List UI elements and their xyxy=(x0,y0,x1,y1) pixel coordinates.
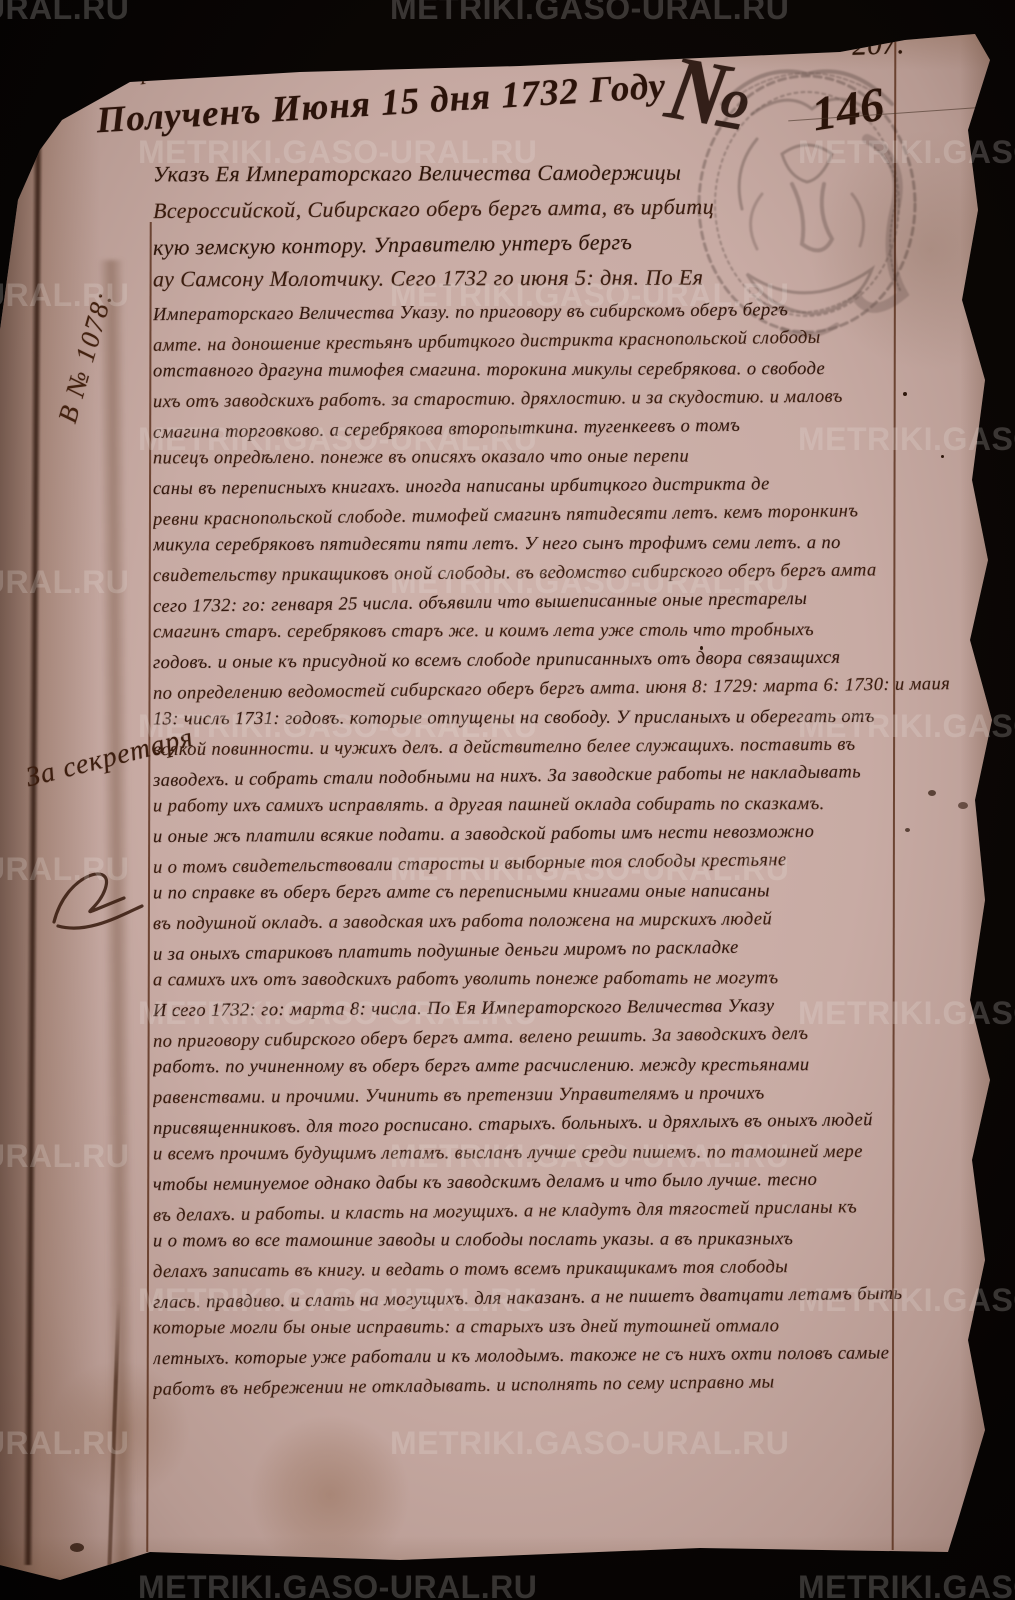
watermark-text: METRIKI.GASO-URAL.RU xyxy=(798,1569,1015,1600)
manuscript-line: а самихъ ихъ отъ заводскихъ работъ уволи… xyxy=(153,968,959,992)
watermark-text: METRIKI.GASO-URAL.RU xyxy=(138,1569,537,1600)
ink-speck xyxy=(905,828,910,832)
ink-smudge xyxy=(928,790,936,796)
document-number: 146 xyxy=(808,77,888,143)
manuscript-line: саны въ переписныхъ книгахъ. иногда напи… xyxy=(153,473,959,500)
margin-note-register-number: В № 1078: xyxy=(52,287,119,427)
manuscript-line: присвященниковъ. для того росписано. ста… xyxy=(153,1109,959,1140)
manuscript-line: по приговору сибирского оберъ бергъ амта… xyxy=(153,1022,959,1053)
manuscript-line: ихъ отъ заводскихъ работъ. за старостию.… xyxy=(153,386,959,413)
manuscript-line: микула серебряковъ пятидесяти пяти летъ.… xyxy=(153,533,959,557)
manuscript-line: въ делахъ. и работы. и класть на могущих… xyxy=(153,1196,959,1227)
watermark-text: METRIKI.GASO-URAL.RU xyxy=(390,0,789,27)
manuscript-scan: Сибирскаго оберъ бергъ изъ амта Полученъ… xyxy=(0,0,1015,1600)
ink-speck xyxy=(903,392,907,396)
manuscript-line: и о томъ во все тамошние заводы и слобод… xyxy=(153,1229,959,1253)
manuscript-line: равенствами. и прочими. Учинить въ прете… xyxy=(153,1082,959,1109)
ink-speck xyxy=(247,68,251,71)
received-date-line: Полученъ Июня 15 дня 1732 Году xyxy=(95,65,667,143)
manuscript-line: и о томъ свидетельствовали старосты и вы… xyxy=(153,848,959,879)
manuscript-line: ау Самсону Молотчику. Сего 1732 го июня … xyxy=(153,264,959,293)
binding-gutter-crease xyxy=(23,110,43,1565)
manuscript-line: ревни краснопольской слободе. тимофей см… xyxy=(153,500,959,531)
manuscript-line: и оные жъ платили всякие подати. а завод… xyxy=(153,821,959,848)
ink-speck xyxy=(941,455,944,458)
manuscript-line: въ подушной окладъ. а заводская ихъ рабо… xyxy=(153,908,959,935)
manuscript-line: годовъ. и оные къ присудной ко всемъ сло… xyxy=(153,647,959,674)
ink-smudge xyxy=(958,802,968,809)
ink-speck xyxy=(700,646,703,650)
bottom-fold-crease xyxy=(107,1300,120,1570)
manuscript-line: чтобы неминуемое однако дабы къ заводски… xyxy=(153,1169,959,1196)
manuscript-line: работъ. по учиненному въ оберъ бергъ амт… xyxy=(153,1055,959,1079)
manuscript-line: И сего 1732: го: марта 8: числа. По Ея И… xyxy=(153,995,959,1022)
manuscript-line: летныхъ. которые уже работали и къ молод… xyxy=(153,1343,959,1370)
manuscript-page: Сибирскаго оберъ бергъ изъ амта Полученъ… xyxy=(0,0,1015,1600)
manuscript-line: смагинъ старъ. серебряковъ старъ же. и к… xyxy=(153,620,959,644)
watermark-text: METRIKI.GASO-URAL.RU xyxy=(0,0,129,27)
manuscript-line: и по справке въ оберъ бергъ амте съ пере… xyxy=(153,881,959,905)
manuscript-line: глась. правдиво. и слать на могущихъ. дл… xyxy=(153,1283,959,1314)
manuscript-line: Указъ Ея Императорскаго Величества Самод… xyxy=(153,159,959,188)
manuscript-line: и за оныхъ стариковъ платить подушные де… xyxy=(153,935,959,966)
manuscript-line: 13: числъ 1731: годовъ. которые отпущены… xyxy=(153,707,959,731)
manuscript-line: и всемъ прочимъ будущимъ летамъ. высланъ… xyxy=(153,1142,959,1166)
manuscript-line: делахъ записать въ книгу. и ведать о том… xyxy=(153,1256,959,1283)
manuscript-line: и работу ихъ самихъ исправлять. а другая… xyxy=(153,794,959,818)
ink-stain xyxy=(70,1543,84,1552)
manuscript-line: которые могли бы оные исправить: а стары… xyxy=(153,1316,959,1340)
manuscript-line: свидетельству прикащиковъ оной слободы. … xyxy=(153,560,959,587)
manuscript-line: смагина торговково. а серебрякова второп… xyxy=(153,413,959,444)
manuscript-line: писецъ опредѣлено. понеже въ описяхъ ока… xyxy=(153,446,959,470)
margin-paraph-flourish xyxy=(46,856,156,936)
manuscript-line: отставного драгуна тимофея смагина. торо… xyxy=(153,359,959,383)
manuscript-line: всякой повинности. и чужихъ делъ. а дейс… xyxy=(153,734,959,761)
folio-number: 207. xyxy=(851,27,905,63)
manuscript-line: работъ въ небрежении не откладывать. и и… xyxy=(153,1370,959,1401)
manuscript-line: заводехъ. и собрать стали подобными на н… xyxy=(153,761,959,792)
manuscript-line: по определению ведомостей сибирскаго обе… xyxy=(153,674,959,705)
manuscript-line: сего 1732: го: генваря 25 числа. объявил… xyxy=(153,587,959,618)
